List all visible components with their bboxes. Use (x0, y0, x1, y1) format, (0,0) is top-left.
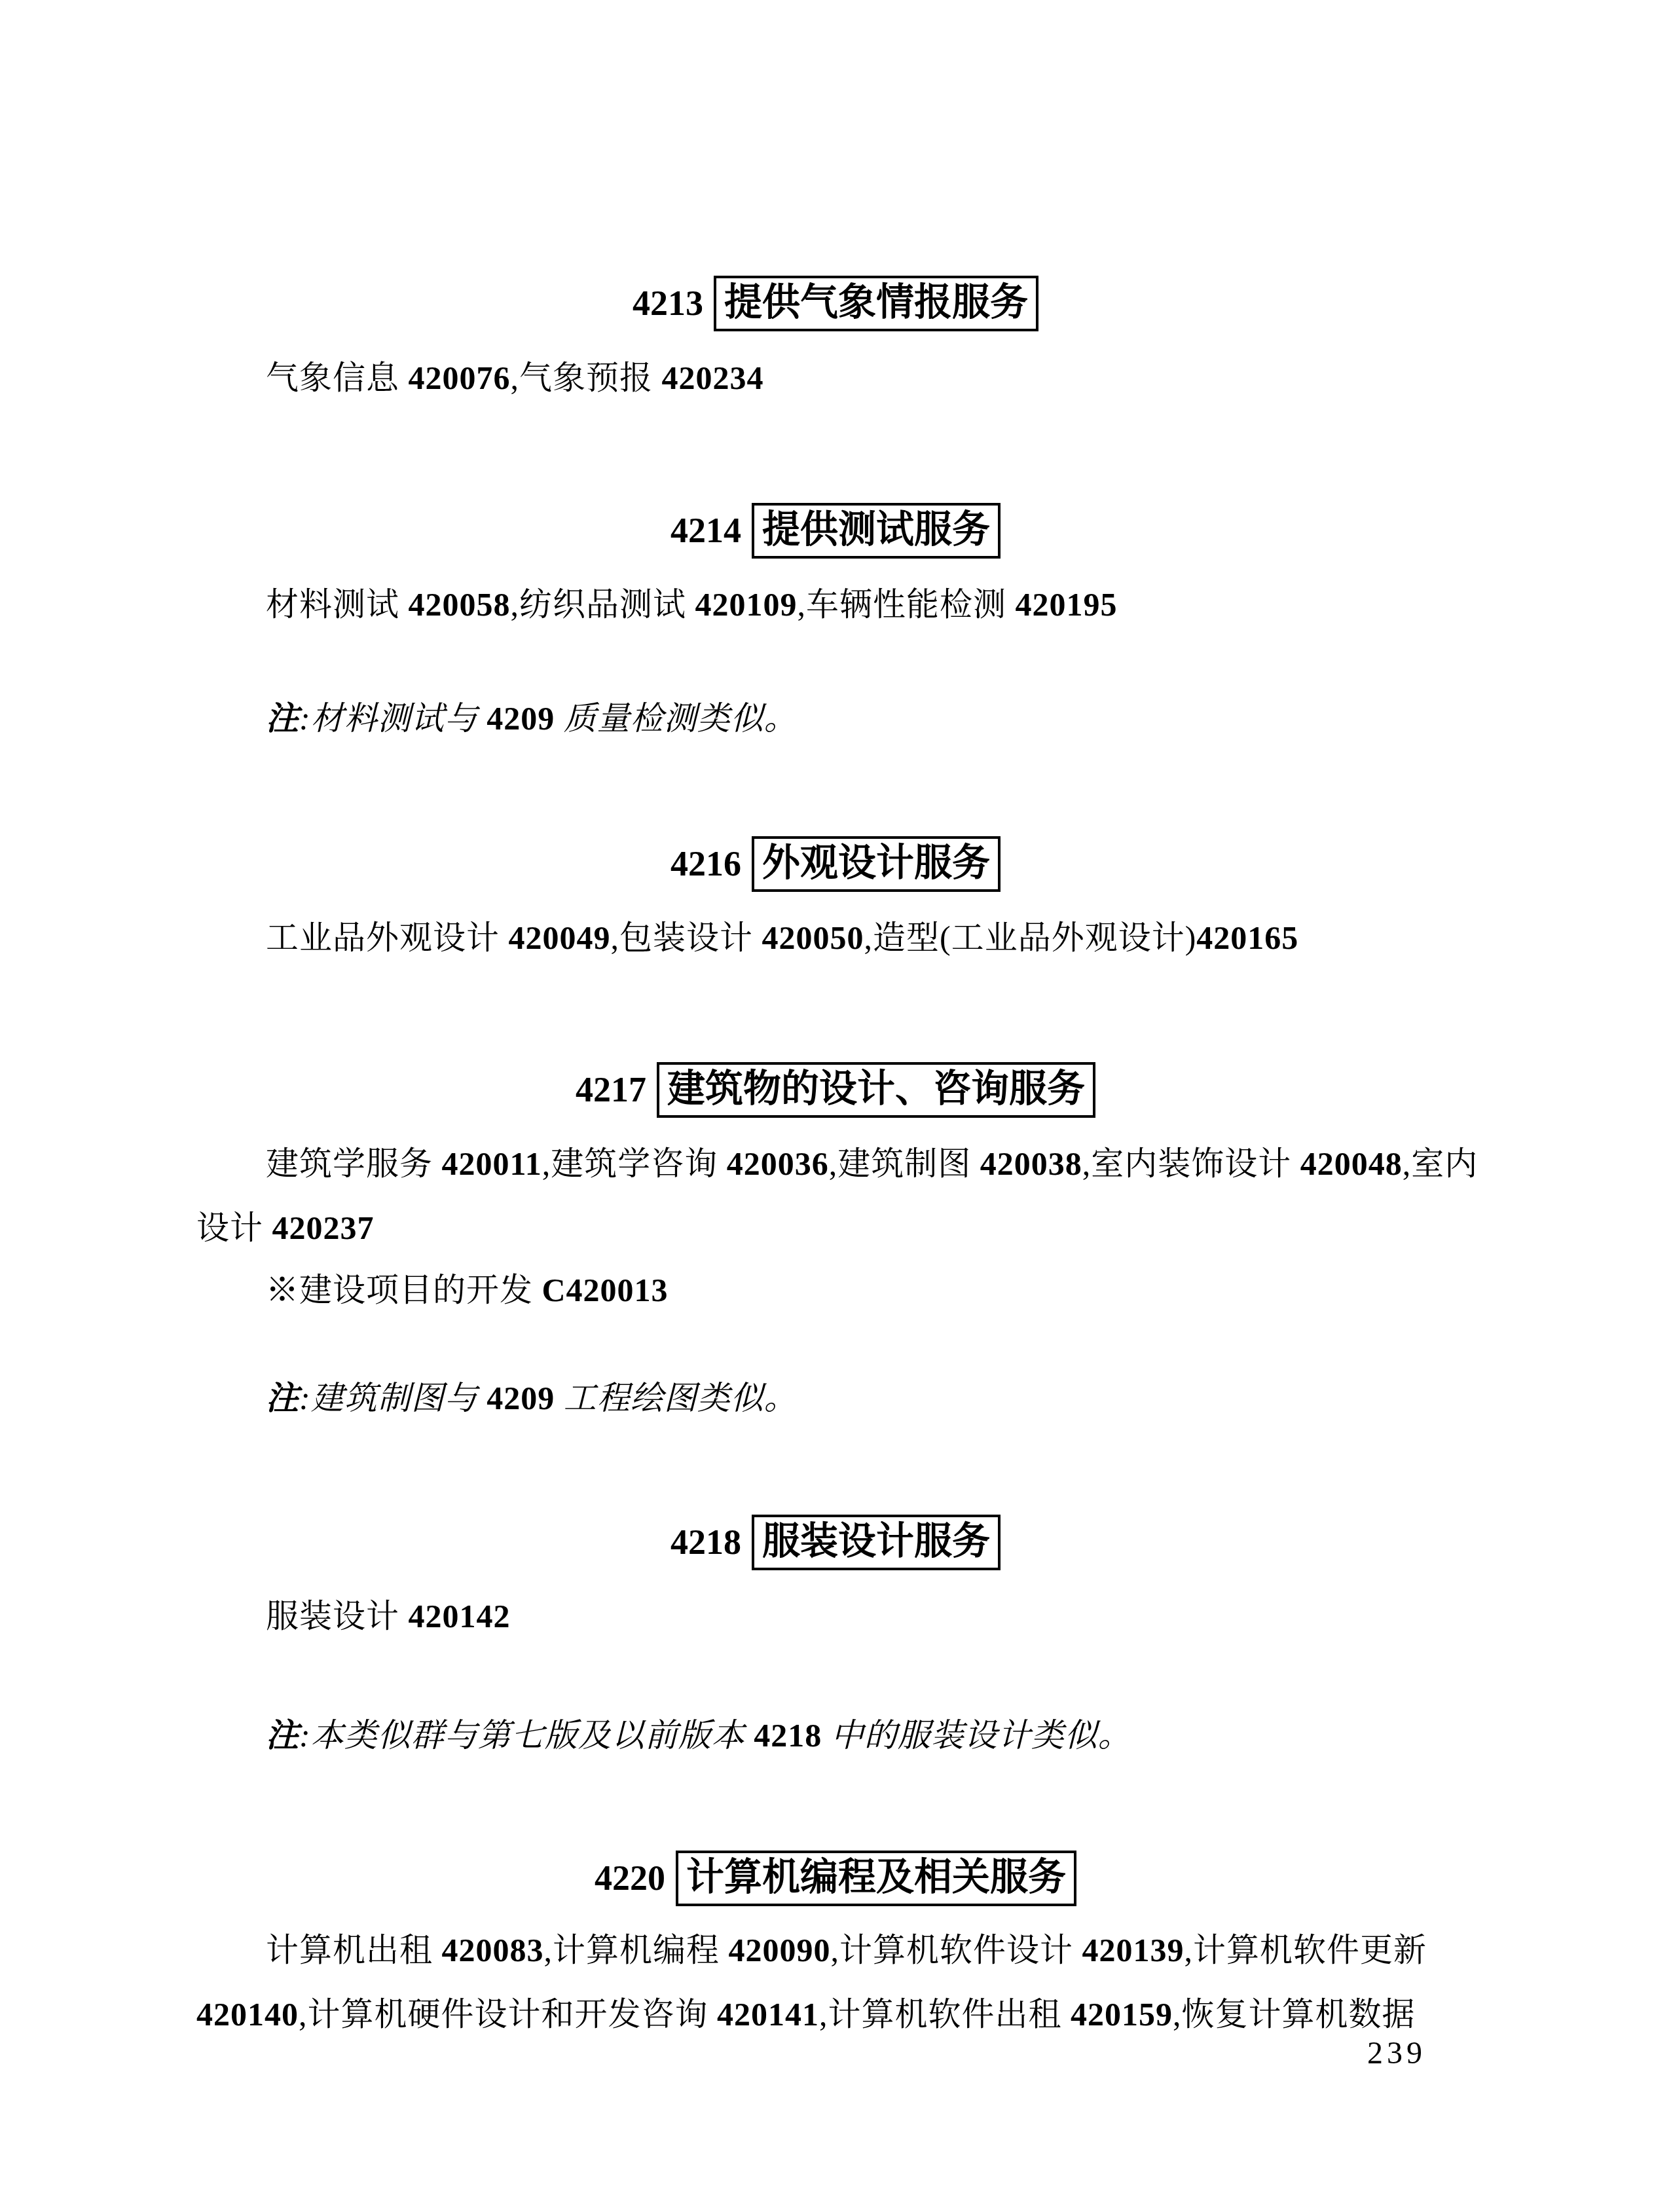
classification-items: 服装设计 420142 (196, 1596, 1575, 1636)
section-title-box: 提供气象情报服务 (714, 276, 1038, 331)
classification-items: 材料测试 420058,纺织品测试 420109,车辆性能检测 420195 (196, 585, 1575, 624)
section-code: 4214 (670, 513, 741, 548)
page-number: 239 (1367, 2038, 1426, 2069)
section-note: 注:建筑制图与 4209 工程绘图类似。 (196, 1378, 1575, 1418)
section-code: 4217 (576, 1072, 646, 1107)
section-code: 4216 (670, 846, 741, 881)
section-4220-header: 4220 计算机编程及相关服务 (0, 1851, 1671, 1906)
section-4213-header: 4213 提供气象情报服务 (0, 276, 1671, 331)
section-code: 4220 (595, 1860, 665, 1896)
document-page: 4213 提供气象情报服务 气象信息 420076,气象预报 420234 42… (0, 0, 1671, 2212)
section-title-box: 外观设计服务 (752, 836, 1001, 892)
section-title-box: 服装设计服务 (752, 1515, 1001, 1570)
section-note: 注:本类似群与第七版及以前版本 4218 中的服装设计类似。 (196, 1716, 1575, 1755)
section-code: 4218 (670, 1524, 741, 1560)
classification-items: 工业品外观设计 420049,包装设计 420050,造型(工业品外观设计)42… (196, 918, 1575, 957)
section-note: 注:材料测试与 4209 质量检测类似。 (196, 699, 1575, 738)
section-code: 4213 (633, 286, 703, 321)
classification-items: 建筑学服务 420011,建筑学咨询 420036,建筑制图 420038,室内… (196, 1144, 1575, 1183)
section-4217-header: 4217 建筑物的设计、咨询服务 (0, 1062, 1671, 1118)
classification-items-continued: 420140,计算机硬件设计和开发咨询 420141,计算机软件出租 42015… (196, 1995, 1506, 2034)
section-title-box: 建筑物的设计、咨询服务 (657, 1062, 1095, 1118)
section-4214-header: 4214 提供测试服务 (0, 503, 1671, 559)
section-title-box: 计算机编程及相关服务 (676, 1851, 1076, 1906)
section-4216-header: 4216 外观设计服务 (0, 836, 1671, 892)
section-title-box: 提供测试服务 (752, 503, 1001, 559)
classification-items: 计算机出租 420083,计算机编程 420090,计算机软件设计 420139… (196, 1930, 1575, 1970)
classification-items: 气象信息 420076,气象预报 420234 (196, 358, 1575, 397)
section-4218-header: 4218 服装设计服务 (0, 1515, 1671, 1570)
classification-items-extra: ※建设项目的开发 C420013 (196, 1270, 1575, 1310)
classification-items-continued: 设计 420237 (196, 1208, 1506, 1247)
